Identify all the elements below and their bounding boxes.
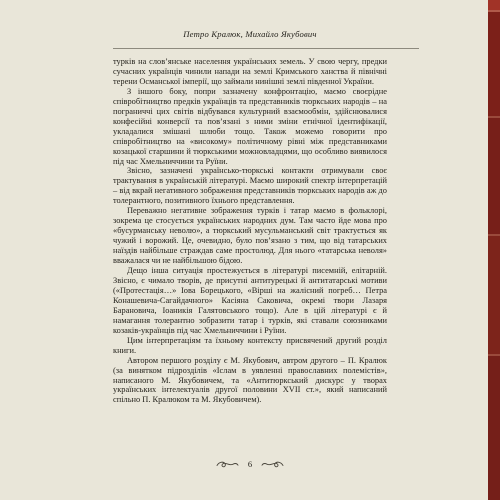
text-column: Петро Кралюк, Михайло Якубович турків на… [113, 28, 387, 405]
stripe-segment [488, 356, 500, 500]
paragraph: турків на слов’янське населення українсь… [113, 57, 387, 87]
stripe-segment [488, 12, 500, 116]
cover-edge-stripe [488, 0, 500, 500]
paragraph: Переважно негативне зображення турків і … [113, 206, 387, 266]
paragraph: Дещо інша ситуація простежується в літер… [113, 266, 387, 336]
header-rule [113, 48, 419, 49]
paragraph: З іншого боку, попри зазначену конфронта… [113, 87, 387, 167]
paragraph: Звісно, зазначені українсько-тюркські ко… [113, 166, 387, 206]
page-number: 6 [248, 459, 252, 469]
paragraph: Автором першого розділу є М. Якубович, а… [113, 356, 387, 406]
stripe-segment [488, 236, 500, 354]
stripe-segment [488, 118, 500, 234]
paragraph: Цим інтерпретаціям та їхньому контексту … [113, 336, 387, 356]
page-footer: 6 [113, 459, 387, 469]
body-text: турків на слов’янське населення українсь… [113, 57, 387, 405]
running-header-authors: Петро Кралюк, Михайло Якубович [113, 28, 387, 40]
page: Петро Кралюк, Михайло Якубович турків на… [0, 0, 500, 500]
stripe-segment [488, 0, 500, 10]
scroll-flourish-icon [216, 460, 239, 469]
scroll-flourish-icon [261, 460, 284, 469]
